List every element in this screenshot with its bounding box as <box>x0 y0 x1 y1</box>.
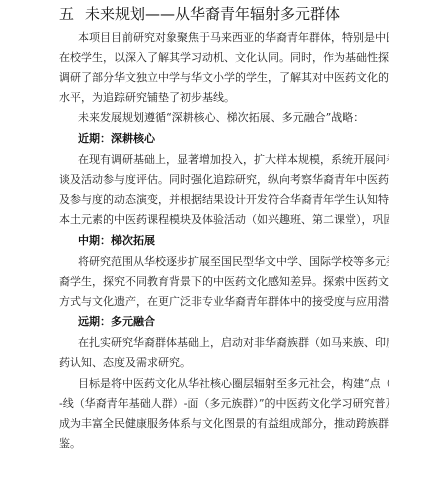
paragraph-line: 方式与文化遗产，在更广泛非专业华裔青年群体中的接受度与应用潜力。 <box>59 292 389 312</box>
paragraph-line: 裔学生，探究不同教育背景下的中医药文化感知差异。探索中医药文化作为健康生活 <box>59 272 389 292</box>
paragraph-line: 在扎实研究华裔群体基础上，启动对非华裔族群（如马来族、印度族等）的中医 <box>78 333 389 353</box>
phase-heading-near-term: 近期：深耕核心 <box>78 129 155 149</box>
paragraph-line: -线（华裔青年基础人群）-面（多元族群）”的中医药文化学习研究普及网络，使其 <box>59 394 389 414</box>
document-page: 五未来规划——从华裔青年辐射多元群体 本项目目前研究对象聚焦于马来西亚的华裔青年… <box>0 0 442 500</box>
section-number: 五 <box>59 4 85 24</box>
phase-heading-mid-term: 中期：梯次拓展 <box>78 231 155 251</box>
paragraph-line: 药认知、态度及需求研究。 <box>59 353 389 373</box>
paragraph-line: 成为丰富全民健康服务体系与文化图景的有益组成部分，推动跨族群健康文化交流互 <box>59 414 389 434</box>
paragraph-line: 谈及活动参与度评估。同时强化追踪研究，纵向考察华裔青年中医药文化认知、兴趣 <box>59 170 389 190</box>
paragraph-line: 及参与度的动态演变，并根据结果设计开发符合华裔青年学生认知特点与兴趣、融入 <box>59 190 389 210</box>
paragraph-line: 本项目目前研究对象聚焦于马来西亚的华裔青年群体，特别是中医药相关专业的 <box>78 28 389 48</box>
section-title: 未来规划——从华裔青年辐射多元群体 <box>85 5 340 23</box>
paragraph-line: 鉴。 <box>59 434 389 454</box>
section-heading: 五未来规划——从华裔青年辐射多元群体 <box>59 4 399 24</box>
paragraph-line: 目标是将中医药文化从华社核心圈层辐射至多元社会，构建“点（专业华裔青年） <box>78 374 389 394</box>
phase-heading-long-term: 远期：多元融合 <box>78 312 155 332</box>
paragraph-line: 将研究范围从华校逐步扩展至国民型华文中学、国际学校等多元类型中小学的华 <box>78 252 389 272</box>
paragraph-line: 在校学生，以深入了解其学习动机、文化认同。同时，作为基础性探索，项目也初步 <box>59 48 389 68</box>
paragraph-line: 调研了部分华文独立中学与华文小学的学生，了解其对中医药文化的早期接触与认知 <box>59 68 389 88</box>
paragraph-line: 水平，为追踪研究铺垫了初步基线。 <box>59 88 389 108</box>
paragraph-line: 本土元素的中医药课程模块及体验活动（如兴趣班、第二课堂），巩固文化根基。 <box>59 210 389 230</box>
paragraph-line: 在现有调研基础上，显著增加投入，扩大样本规模，系统开展问卷调查、深度访 <box>78 150 389 170</box>
strategy-line: 未来发展规划遵循“深耕核心、梯次拓展、多元融合”战略： <box>78 108 389 128</box>
